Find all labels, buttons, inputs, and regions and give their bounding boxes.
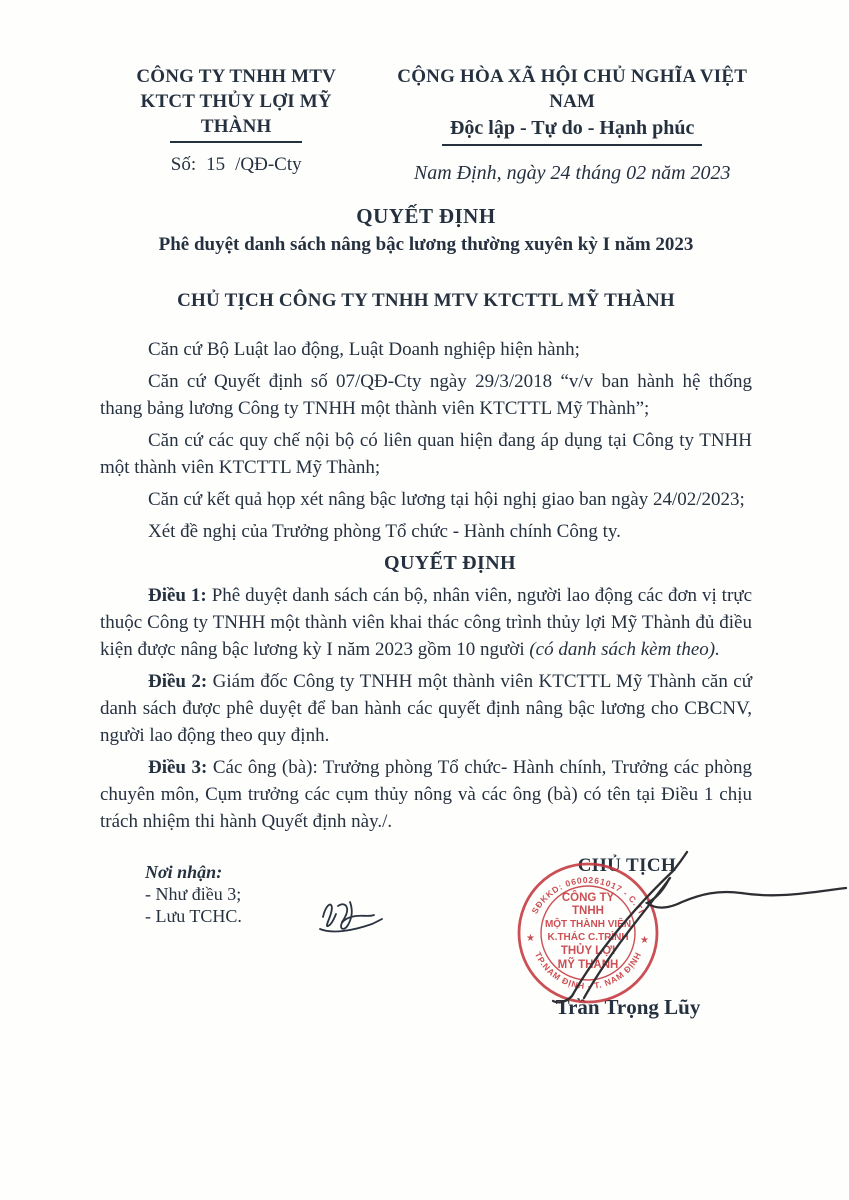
- article-1-label: Điều 1:: [148, 585, 207, 606]
- document-header: CÔNG TY TNHH MTV KTCT THỦY LỢI MỸ THÀNH …: [100, 64, 752, 186]
- preamble-paragraph: Xét đề nghị của Trưởng phòng Tổ chức - H…: [100, 518, 752, 545]
- company-stamp: SĐKKD: 0600261017 - C.TI TP.NAM ĐỊNH - T…: [513, 858, 663, 1008]
- national-motto-block: CỘNG HÒA XÃ HỘI CHỦ NGHĨA VIỆT NAM Độc l…: [366, 64, 752, 186]
- number-label: Số:: [171, 154, 196, 175]
- org-underline: [170, 141, 302, 143]
- stamp-line: CÔNG TY: [562, 891, 615, 904]
- stamp-line: K.THÁC C.TRÌNH: [547, 930, 628, 943]
- motto: Độc lập - Tự do - Hạnh phúc: [442, 116, 702, 146]
- recipients-label: Nơi nhận:: [145, 861, 242, 883]
- document-content: CÔNG TY TNHH MTV KTCT THỦY LỢI MỸ THÀNH …: [0, 0, 849, 835]
- stamp-line: MỘT THÀNH VIÊN: [545, 917, 631, 930]
- number-suffix: /QĐ-Cty: [235, 154, 302, 175]
- article-3-label: Điều 3:: [148, 757, 207, 778]
- place-date-line: Nam Định, ngày 24 tháng 02 năm 2023: [392, 161, 752, 186]
- article-1: Điều 1: Phê duyệt danh sách cán bộ, nhân…: [100, 582, 752, 663]
- number-value: 15: [206, 154, 225, 175]
- document-subtitle: Phê duyệt danh sách nâng bậc lương thườn…: [100, 232, 752, 257]
- stamp-star-right: ★: [640, 935, 649, 946]
- preamble-paragraph: Căn cứ các quy chế nội bộ có liên quan h…: [100, 427, 752, 481]
- clerk-paraph: [320, 902, 382, 931]
- recipient-item: - Như điều 3;: [145, 883, 242, 905]
- preamble-paragraph: Căn cứ kết quả họp xét nâng bậc lương tạ…: [100, 486, 752, 513]
- article-2: Điều 2: Giám đốc Công ty TNHH một thành …: [100, 668, 752, 749]
- document-title: QUYẾT ĐỊNH: [100, 203, 752, 229]
- org-name-line1: CÔNG TY TNHH MTV: [106, 64, 366, 89]
- national-header: CỘNG HÒA XÃ HỘI CHỦ NGHĨA VIỆT NAM: [392, 64, 752, 114]
- stamp-star-left: ★: [526, 933, 535, 944]
- org-name-line2: KTCT THỦY LỢI MỸ THÀNH: [106, 89, 366, 139]
- recipients-block: Nơi nhận: - Như điều 3; - Lưu TCHC.: [145, 861, 242, 927]
- document-number: Số:15/QĐ-Cty: [106, 152, 366, 177]
- title-block: QUYẾT ĐỊNH Phê duyệt danh sách nâng bậc …: [100, 203, 752, 257]
- stamp-line: TNHH: [572, 905, 604, 917]
- document-page: CÔNG TY TNHH MTV KTCT THỦY LỢI MỸ THÀNH …: [0, 0, 849, 1200]
- stamp-line: THỦY LỢI: [561, 944, 615, 957]
- article-2-label: Điều 2:: [148, 671, 207, 692]
- article-3: Điều 3: Các ông (bà): Trưởng phòng Tổ ch…: [100, 754, 752, 835]
- document-body: Căn cứ Bộ Luật lao động, Luật Doanh nghi…: [100, 336, 752, 835]
- preamble-paragraph: Căn cứ Quyết định số 07/QĐ-Cty ngày 29/3…: [100, 368, 752, 422]
- issuing-authority: CHỦ TỊCH CÔNG TY TNHH MTV KTCTTL MỸ THÀN…: [100, 290, 752, 312]
- article-1-italic-note: (có danh sách kèm theo).: [529, 639, 719, 660]
- decision-heading: QUYẾT ĐỊNH: [100, 550, 752, 577]
- recipient-item: - Lưu TCHC.: [145, 905, 242, 927]
- preamble-paragraph: Căn cứ Bộ Luật lao động, Luật Doanh nghi…: [100, 336, 752, 363]
- issuing-org-block: CÔNG TY TNHH MTV KTCT THỦY LỢI MỸ THÀNH …: [100, 64, 366, 186]
- stamp-line: MỸ THÀNH: [558, 958, 619, 971]
